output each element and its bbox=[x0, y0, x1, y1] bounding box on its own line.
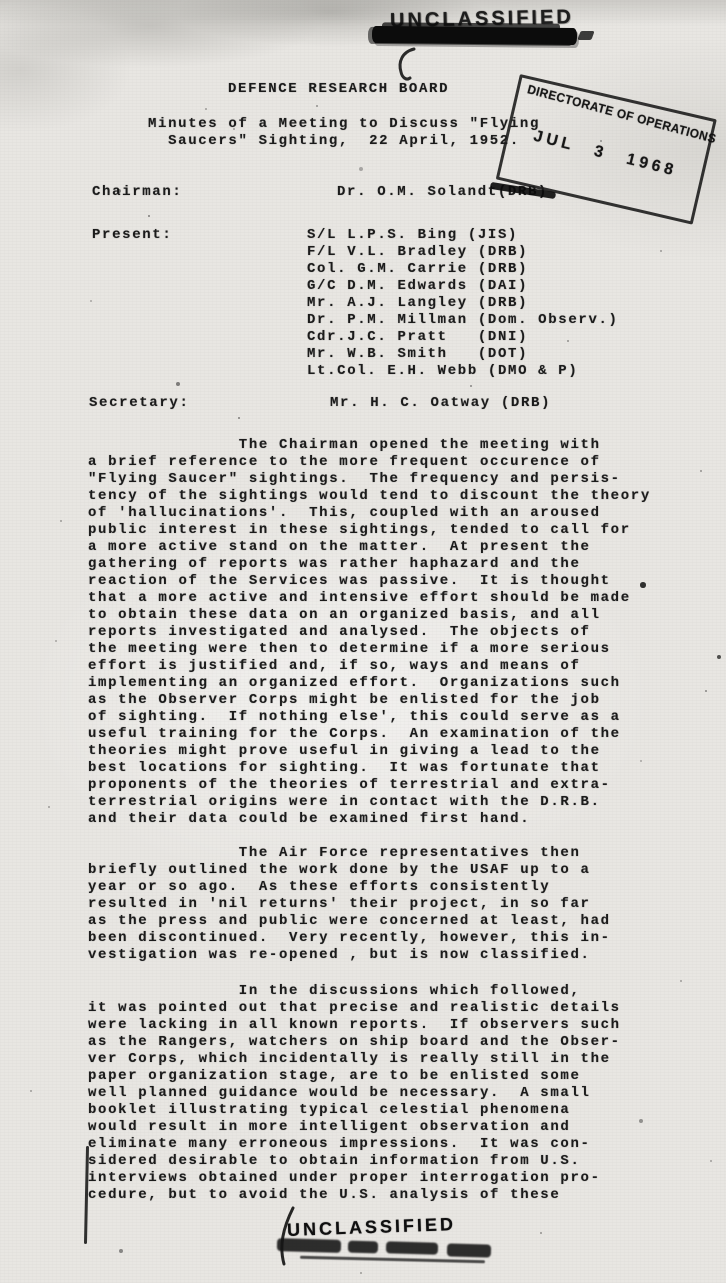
smudged-text-segment bbox=[386, 1241, 438, 1254]
redaction-bar-tail bbox=[577, 31, 594, 40]
smudged-underline bbox=[300, 1256, 485, 1264]
smudged-text-segment bbox=[277, 1238, 341, 1253]
pen-mark-curl-icon bbox=[392, 46, 422, 86]
paragraph-1: The Chairman opened the meeting with a b… bbox=[88, 437, 651, 828]
scanned-document-page: UNCLASSIFIED DIRECTORATE OF OPERATIONS J… bbox=[0, 0, 726, 1283]
secretary-value: Mr. H. C. Oatway (DRB) bbox=[330, 395, 551, 412]
chairman-label: Chairman: bbox=[92, 184, 182, 201]
unclassified-stamp-bottom: UNCLASSIFIED bbox=[287, 1214, 457, 1241]
document-org: DEFENCE RESEARCH BOARD bbox=[228, 81, 449, 98]
smudged-text-segment bbox=[447, 1243, 491, 1257]
document-title: Minutes of a Meeting to Discuss "Flying … bbox=[148, 116, 540, 150]
paragraph-2: The Air Force representatives then brief… bbox=[88, 845, 611, 964]
paragraph-3: In the discussions which followed, it wa… bbox=[88, 983, 621, 1204]
present-label: Present: bbox=[92, 227, 172, 244]
redaction-bar bbox=[372, 26, 577, 45]
smudged-text-segment bbox=[348, 1241, 378, 1254]
secretary-label: Secretary: bbox=[89, 395, 190, 412]
present-attendee-list: S/L L.P.S. Bing (JIS) F/L V.L. Bradley (… bbox=[307, 227, 619, 380]
scan-noise-specks bbox=[0, 0, 2, 2]
